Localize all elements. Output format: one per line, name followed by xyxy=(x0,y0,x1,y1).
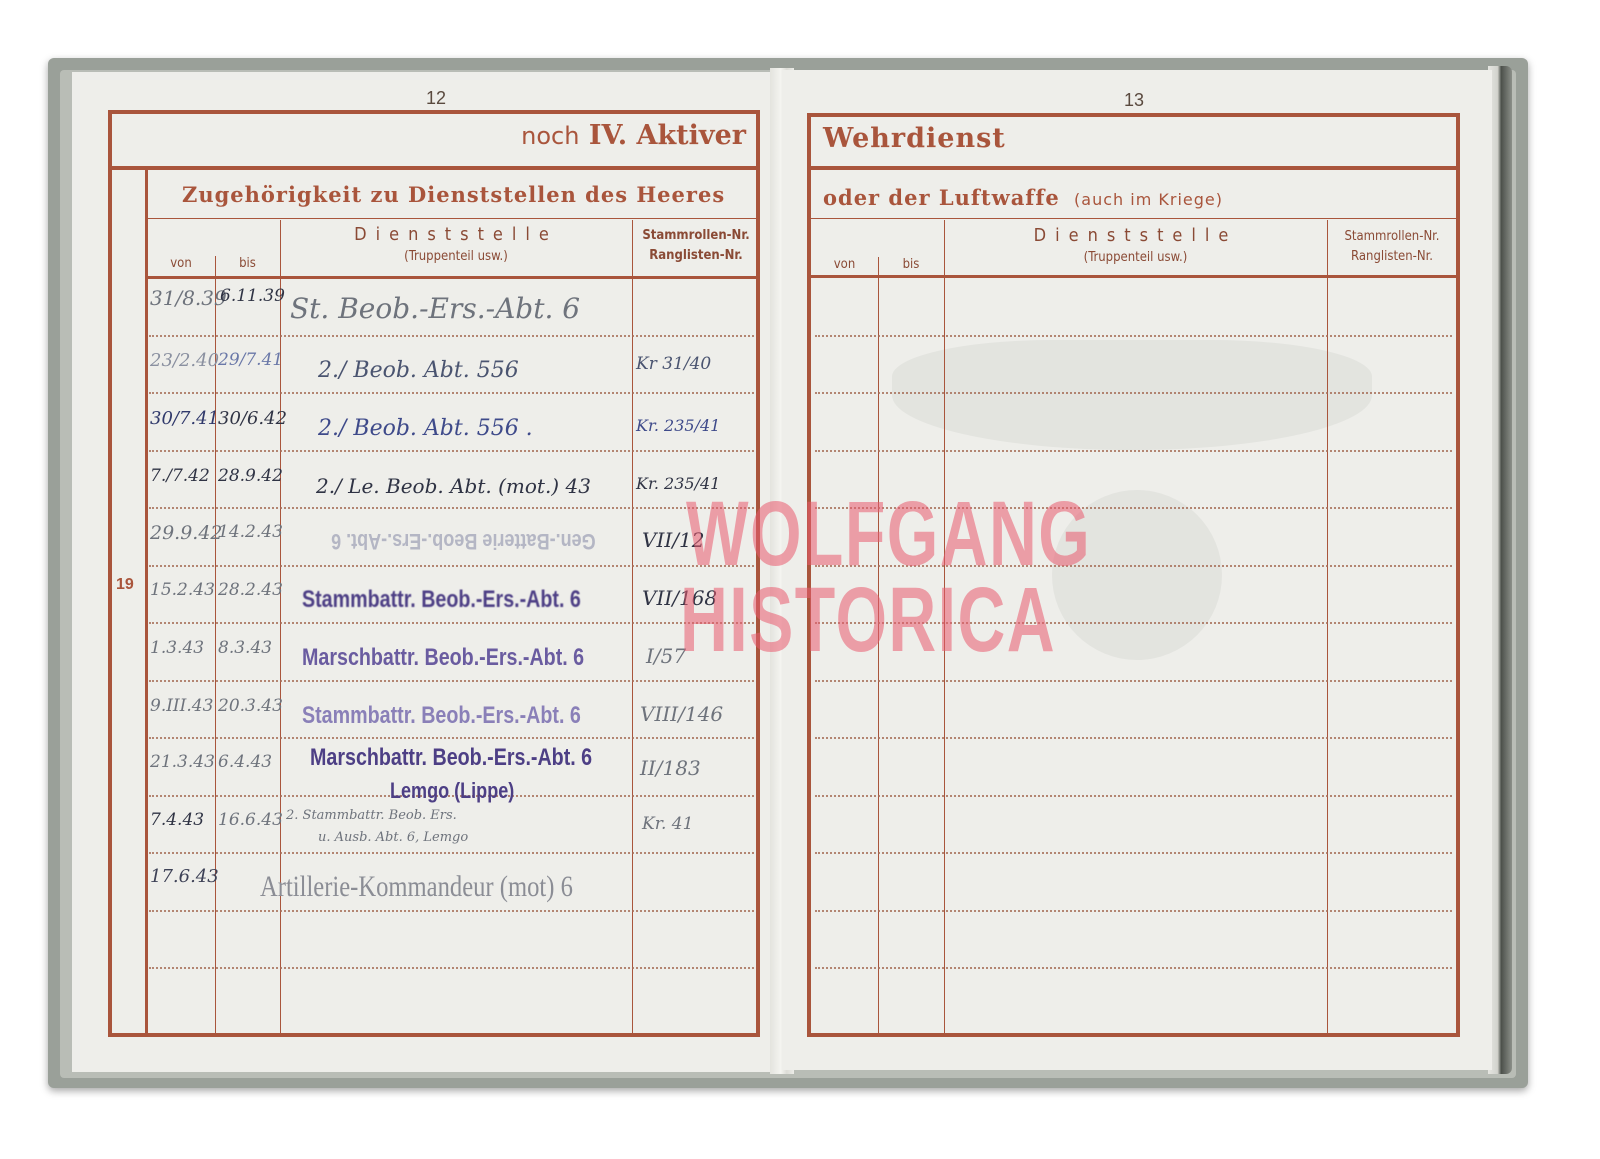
row2-dienststelle: 2./ Beob. Abt. 556 xyxy=(318,358,519,383)
row-line xyxy=(815,967,1452,969)
row-line xyxy=(149,910,754,912)
left-subtitle: Zugehörigkeit zu Dienststellen des Heere… xyxy=(182,182,725,207)
row7-bis: 8.3.43 xyxy=(218,638,272,658)
header-main: IV. Aktiver xyxy=(589,120,746,151)
row9-nr: II/183 xyxy=(640,756,701,780)
page-number-right: 13 xyxy=(1124,90,1144,111)
row3-nr: Kr. 235/41 xyxy=(636,416,720,435)
row10-nr: Kr. 41 xyxy=(642,814,693,834)
column-header-divider xyxy=(147,276,756,279)
row10-von: 7.4.43 xyxy=(150,810,204,830)
row-line xyxy=(815,680,1452,682)
subtitle-note: (auch im Kriege) xyxy=(1074,190,1223,209)
row4-von: 7./7.42 xyxy=(150,466,210,486)
row-line xyxy=(815,450,1452,452)
row-line xyxy=(149,622,754,624)
row-line xyxy=(149,680,754,682)
page-number-left: 12 xyxy=(426,88,446,109)
row10-dienststelle: 2. Stammbattr. Beob. Ers. xyxy=(286,808,457,823)
row8-von: 9.III.43 xyxy=(150,696,213,716)
row-line xyxy=(149,335,754,337)
col-ranglisten: Ranglisten-Nr. xyxy=(632,248,760,263)
header-prefix: noch xyxy=(521,122,579,150)
row-line xyxy=(815,335,1452,337)
row-line xyxy=(815,392,1452,394)
row1-dienststelle: St. Beob.-Ers.-Abt. 6 xyxy=(290,292,580,325)
column-header-divider xyxy=(811,275,1456,278)
row6-bis: 28.2.43 xyxy=(218,580,283,600)
col-dienststelle-sub: (Truppenteil usw.) xyxy=(944,250,1327,265)
col-von: von xyxy=(811,257,878,272)
watermark-line2: HISTORICA xyxy=(680,574,1056,666)
row-line xyxy=(815,795,1452,797)
row2-bis: 29/7.41 xyxy=(218,350,283,370)
row2-von: 23/2.40 xyxy=(150,350,219,371)
row-line xyxy=(149,737,754,739)
col-dienststelle-sub: (Truppenteil usw.) xyxy=(280,249,632,264)
col-dienststelle: Dienststelle xyxy=(944,225,1327,246)
col-bis: bis xyxy=(878,257,944,272)
row4-dienststelle: 2./ Le. Beob. Abt. (mot.) 43 xyxy=(316,474,591,498)
row9-von: 21.3.43 xyxy=(150,752,215,772)
margin-divider xyxy=(145,170,148,1033)
row3-von: 30/7.41 xyxy=(150,408,219,429)
row5-bis: 14.2.43 xyxy=(218,522,283,542)
row7-von: 1.3.43 xyxy=(150,638,204,658)
col-line-von-bis xyxy=(215,256,216,1033)
row3-bis: 30/6.42 xyxy=(218,408,287,429)
col-stammrollen: Stammrollen-Nr. xyxy=(632,228,760,243)
row11-stamp: Artillerie-Kommandeur (mot) 6 xyxy=(260,870,573,904)
row2-nr: Kr 31/40 xyxy=(636,354,711,374)
row-line xyxy=(149,507,754,509)
right-section-header: Wehrdienst xyxy=(823,123,1006,154)
subtitle-divider xyxy=(147,218,756,219)
col-stammrollen: Stammrollen-Nr. xyxy=(1327,229,1457,244)
margin-number: 19 xyxy=(116,576,134,594)
left-page: 12 noch IV. Aktiver 19 Zugehörigkeit zu … xyxy=(72,72,778,1072)
row3-dienststelle: 2./ Beob. Abt. 556 . xyxy=(318,416,533,441)
row7-stamp: Marschbattr. Beob.-Ers.-Abt. 6 xyxy=(302,644,584,672)
row11-von: 17.6.43 xyxy=(150,866,219,887)
row-line xyxy=(149,565,754,567)
left-table-frame: noch IV. Aktiver 19 Zugehörigkeit zu Die… xyxy=(108,110,760,1037)
row10-bis: 16.6.43 xyxy=(218,810,283,830)
row-line xyxy=(149,392,754,394)
watermark-line1: WOLFGANG xyxy=(686,488,1091,580)
col-bis: bis xyxy=(215,256,280,271)
row6-von: 15.2.43 xyxy=(150,580,215,600)
row1-von: 31/8.39 xyxy=(150,286,227,310)
subtitle-main: oder der Luftwaffe xyxy=(823,185,1060,210)
row-line xyxy=(815,910,1452,912)
row-line xyxy=(149,450,754,452)
row-line xyxy=(149,852,754,854)
row8-nr: VIII/146 xyxy=(640,702,723,726)
row5-von: 29.9.42 xyxy=(150,522,223,544)
row9-bis: 6.4.43 xyxy=(218,752,272,772)
row8-stamp: Stammbattr. Beob.-Ers.-Abt. 6 xyxy=(302,702,581,730)
row9-stamp-line2: Lemgo (Lippe) xyxy=(390,778,514,804)
left-section-header: noch IV. Aktiver xyxy=(521,120,746,151)
col-von: von xyxy=(147,256,215,271)
row-line xyxy=(815,852,1452,854)
row8-bis: 20.3.43 xyxy=(218,696,283,716)
row6-stamp: Stammbattr. Beob.-Ers.-Abt. 6 xyxy=(302,586,581,614)
right-subtitle: oder der Luftwaffe (auch im Kriege) xyxy=(823,185,1223,210)
row4-bis: 28.9.42 xyxy=(218,466,283,486)
row-line xyxy=(149,967,754,969)
row10-dienststelle-line2: u. Ausb. Abt. 6, Lemgo xyxy=(318,830,468,845)
col-dienststelle: Dienststelle xyxy=(280,224,632,245)
row1-bis: 6.11.39 xyxy=(220,286,285,306)
col-ranglisten: Ranglisten-Nr. xyxy=(1327,249,1457,264)
row5-offset-stamp: Gen.-Batterie Beob.-Ers.-Abt. 6 xyxy=(331,528,596,554)
subtitle-divider xyxy=(811,218,1456,219)
row9-stamp: Marschbattr. Beob.-Ers.-Abt. 6 xyxy=(310,744,592,772)
row-line xyxy=(815,737,1452,739)
